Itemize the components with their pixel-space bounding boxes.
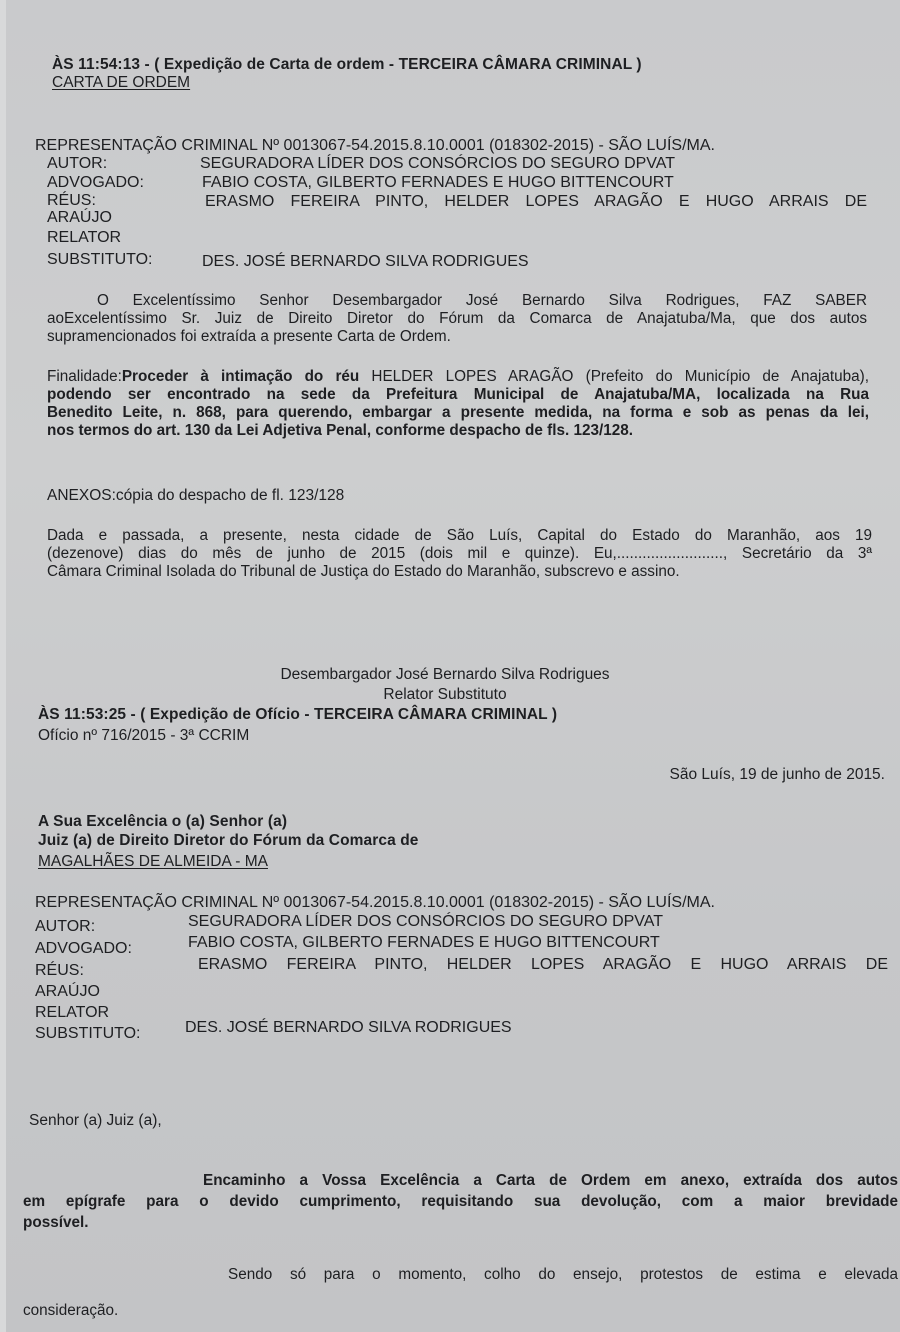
dada-line: (dezenove) dias do mês de junho de 2015 … <box>47 545 872 563</box>
encaminho-line: em epígrafe para o devido cumprimento, r… <box>23 1191 898 1212</box>
signature-name: Desembargador José Bernardo Silva Rodrig… <box>215 666 675 684</box>
oficio-header: ÀS 11:53:25 - ( Expedição de Ofício - TE… <box>38 706 557 724</box>
faz-saber-paragraph: O Excelentíssimo Senhor Desembargador Jo… <box>47 292 867 346</box>
carta-substituto-label: SUBSTITUTO: <box>47 251 153 269</box>
finalidade-label: Finalidade: <box>47 368 122 385</box>
encaminho-line: Encaminho a Vossa Excelência a Carta de … <box>23 1170 898 1191</box>
oficio-relator-value: DES. JOSÉ BERNARDO SILVA RODRIGUES <box>185 1019 512 1037</box>
signature-role: Relator Substituto <box>215 686 675 704</box>
carta-advogado-label: ADVOGADO: <box>47 174 144 192</box>
carta-reus-label: RÉUS: <box>47 192 96 210</box>
faz-saber-line: O Excelentíssimo Senhor Desembargador Jo… <box>47 292 867 310</box>
carta-reus-value: ERASMO FEREIRA PINTO, HELDER LOPES ARAGÃ… <box>205 193 867 211</box>
carta-advogado-value: FABIO COSTA, GILBERTO FERNADES E HUGO BI… <box>202 174 674 192</box>
faz-saber-line: supramencionados foi extraída a presente… <box>47 328 867 346</box>
carta-relator-label: RELATOR <box>47 229 121 247</box>
oficio-reus-value: ERASMO FEREIRA PINTO, HELDER LOPES ARAGÃ… <box>198 956 888 974</box>
oficio-reus-label: RÉUS: <box>35 962 84 980</box>
finalidade-paragraph: Finalidade:Proceder à intimação do réu H… <box>47 368 869 440</box>
finalidade-line: nos termos do art. 130 da Lei Adjetiva P… <box>47 422 869 440</box>
dada-line: Câmara Criminal Isolada do Tribunal de J… <box>47 563 872 581</box>
carta-autor-value: SEGURADORA LÍDER DOS CONSÓRCIOS DO SEGUR… <box>200 155 675 173</box>
carta-autor-label: AUTOR: <box>47 155 107 173</box>
faz-saber-line: aoExcelentíssimo Sr. Juiz de Direito Dir… <box>47 310 867 328</box>
oficio-autor-value: SEGURADORA LÍDER DOS CONSÓRCIOS DO SEGUR… <box>188 913 663 931</box>
oficio-relator-label: RELATOR <box>35 1004 109 1022</box>
oficio-advogado-value: FABIO COSTA, GILBERTO FERNADES E HUGO BI… <box>188 934 660 952</box>
oficio-autor-label: AUTOR: <box>35 918 95 936</box>
carta-reus-continuation: ARAÚJO <box>47 209 112 227</box>
finalidade-line: podendo ser encontrado na sede da Prefei… <box>47 386 869 404</box>
oficio-number: Ofício nº 716/2015 - 3ª CCRIM <box>38 727 249 745</box>
encaminho-line: possível. <box>23 1212 898 1233</box>
finalidade-line: Benedito Leite, n. 868, para querendo, e… <box>47 404 869 422</box>
anexos-line: ANEXOS:cópia do despacho de fl. 123/128 <box>47 487 344 505</box>
addressee-line: Juiz (a) de Direito Diretor do Fórum da … <box>38 832 419 850</box>
carta-process-number: REPRESENTAÇÃO CRIMINAL Nº 0013067-54.201… <box>35 137 715 155</box>
addressee-line: A Sua Excelência o (a) Senhor (a) <box>38 813 287 831</box>
oficio-reus-continuation: ARAÚJO <box>35 983 100 1001</box>
oficio-substituto-label: SUBSTITUTO: <box>35 1025 141 1043</box>
oficio-process-number: REPRESENTAÇÃO CRIMINAL Nº 0013067-54.201… <box>35 894 715 912</box>
finalidade-defendant: HELDER LOPES ARAGÃO (Prefeito do Municíp… <box>359 368 869 385</box>
page-edge <box>0 0 6 1332</box>
finalidade-first-line: Finalidade:Proceder à intimação do réu H… <box>47 368 869 386</box>
oficio-advogado-label: ADVOGADO: <box>35 940 132 958</box>
encaminho-paragraph: Encaminho a Vossa Excelência a Carta de … <box>23 1170 898 1233</box>
carta-header: ÀS 11:54:13 - ( Expedição de Carta de or… <box>52 56 642 74</box>
carta-relator-value: DES. JOSÉ BERNARDO SILVA RODRIGUES <box>202 253 529 271</box>
closing-line: Sendo só para o momento, colho do ensejo… <box>23 1257 898 1293</box>
closing-line: consideração. <box>23 1293 898 1329</box>
dada-line: Dada e passada, a presente, nesta cidade… <box>47 527 872 545</box>
finalidade-action: Proceder à intimação do réu <box>122 368 359 385</box>
addressee-place: MAGALHÃES DE ALMEIDA - MA <box>38 853 268 871</box>
dada-paragraph: Dada e passada, a presente, nesta cidade… <box>47 527 872 581</box>
salutation: Senhor (a) Juiz (a), <box>29 1112 162 1130</box>
carta-subtitle: CARTA DE ORDEM <box>52 74 190 92</box>
oficio-place-date: São Luís, 19 de junho de 2015. <box>435 766 885 784</box>
closing-paragraph: Sendo só para o momento, colho do ensejo… <box>23 1257 898 1329</box>
